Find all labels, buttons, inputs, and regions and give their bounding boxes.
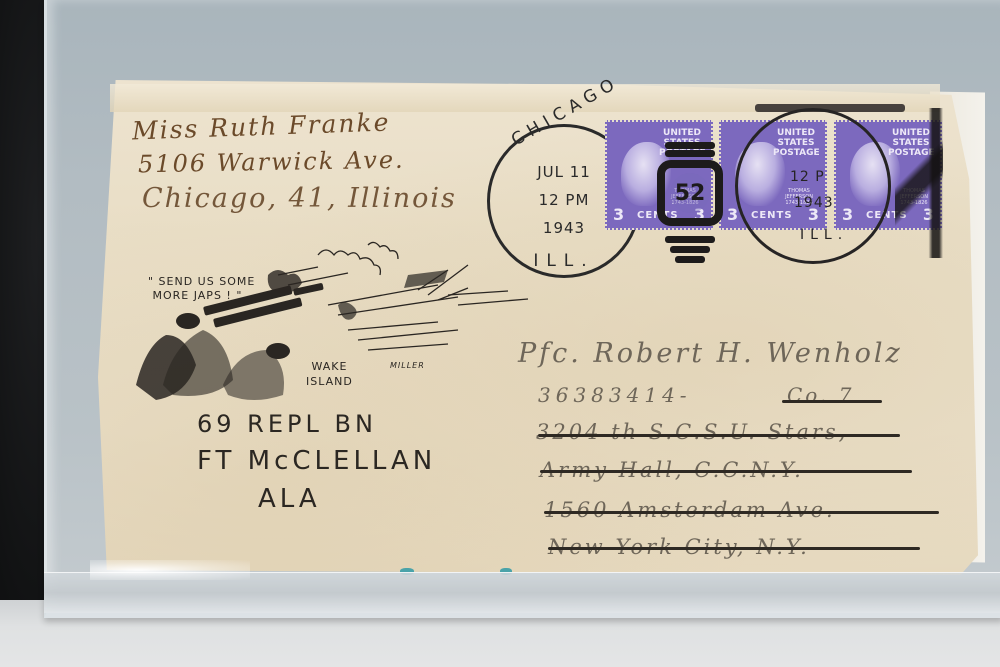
cachet-place-line2: ISLAND — [306, 374, 353, 389]
recipient-name: Pfc. Robert H. Wenholz — [518, 338, 903, 369]
stamp-value: 3 — [613, 205, 624, 224]
cancel-bar — [675, 256, 705, 263]
strikethrough-line — [540, 470, 912, 473]
cancel-bar — [665, 236, 715, 243]
cachet-place-line1: WAKE — [306, 359, 353, 374]
forwarding-line-2: FT McCLELLAN — [197, 446, 436, 476]
strikethrough-line — [782, 400, 882, 403]
wake-island-cachet: " SEND US SOME MORE JAPS ! " WAKE ISLAND… — [128, 235, 548, 410]
recipient-serial: 36383414- — [538, 383, 692, 407]
strikethrough-line — [544, 511, 939, 514]
sleeve-glare — [90, 560, 250, 580]
cancel-bar — [665, 150, 715, 157]
recipient-company-struck: Co. 7 — [787, 383, 854, 407]
strikethrough-line — [548, 547, 920, 550]
addressee-city: Chicago, 41, Illinois — [142, 183, 457, 214]
duplex-cancel: 52 — [657, 160, 723, 226]
postmark-chicago-second: 12 P 1943 ILL. — [735, 108, 891, 264]
struck-line-3: 1560 Amsterdam Ave. — [544, 498, 836, 522]
cancel-number: 52 — [670, 173, 710, 213]
cancel-bar — [670, 246, 710, 253]
cachet-place-name: WAKE ISLAND — [306, 359, 353, 389]
cachet-slogan: " SEND US SOME MORE JAPS ! " — [148, 275, 255, 303]
forwarding-line-1: 69 REPL BN — [197, 410, 377, 438]
postmark2-year: 1943 — [794, 195, 834, 211]
addressee-street: 5106 Warwick Ave. — [138, 146, 405, 179]
strikethrough-line — [538, 434, 900, 437]
struck-line-1: 3204 th S.C.S.U. Stars, — [536, 420, 848, 444]
postmark2-state: ILL. — [800, 227, 848, 243]
heavy-cancel-mark — [895, 108, 943, 258]
postmark2-time: 12 P — [790, 169, 825, 185]
cancel-bar — [665, 142, 715, 149]
cachet-artist-signature: MILLER — [390, 361, 425, 370]
stamp-value: 3 — [727, 205, 738, 224]
forwarding-line-3: ALA — [258, 484, 321, 514]
